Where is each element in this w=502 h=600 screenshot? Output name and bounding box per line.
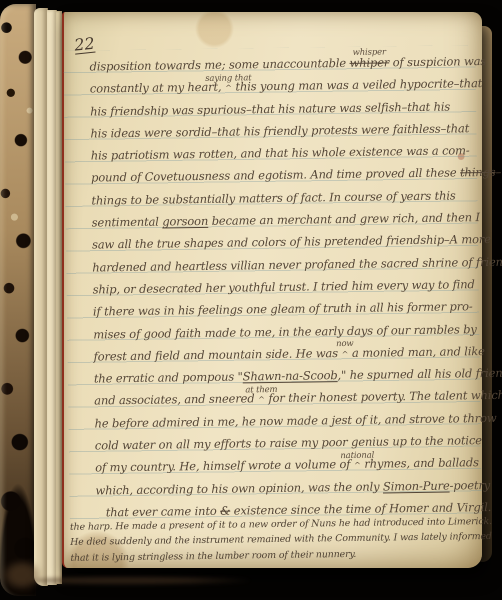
notebook-page: 22 disposition towards me; some unaccoun… (62, 12, 482, 568)
page-edge-stack (34, 8, 48, 586)
photo-smudge (2, 560, 42, 590)
inserted-word: ^now (338, 346, 352, 360)
page-content: 22 disposition towards me; some unaccoun… (60, 9, 486, 571)
inserted-word: ^at them (254, 392, 268, 406)
inserted-word: ^saying that (221, 80, 235, 94)
body-lines: disposition towards me; some unaccountab… (89, 45, 482, 519)
photo-smudge (30, 576, 250, 585)
inserted-word: ^national (350, 457, 364, 471)
struck-word: whiper (349, 55, 389, 70)
struck-word: things (460, 165, 496, 179)
marbled-binding (0, 4, 36, 596)
handwriting-text: – (495, 165, 501, 179)
manuscript-photo: 22 disposition towards me; some unaccoun… (0, 0, 502, 600)
footnote: the harp. He made a present of it to a n… (70, 514, 486, 566)
handwriting-text: that ever came into (106, 504, 221, 520)
handwriting-text: -poetry (449, 478, 490, 493)
corrected-word: whiperwhisper (349, 55, 389, 70)
